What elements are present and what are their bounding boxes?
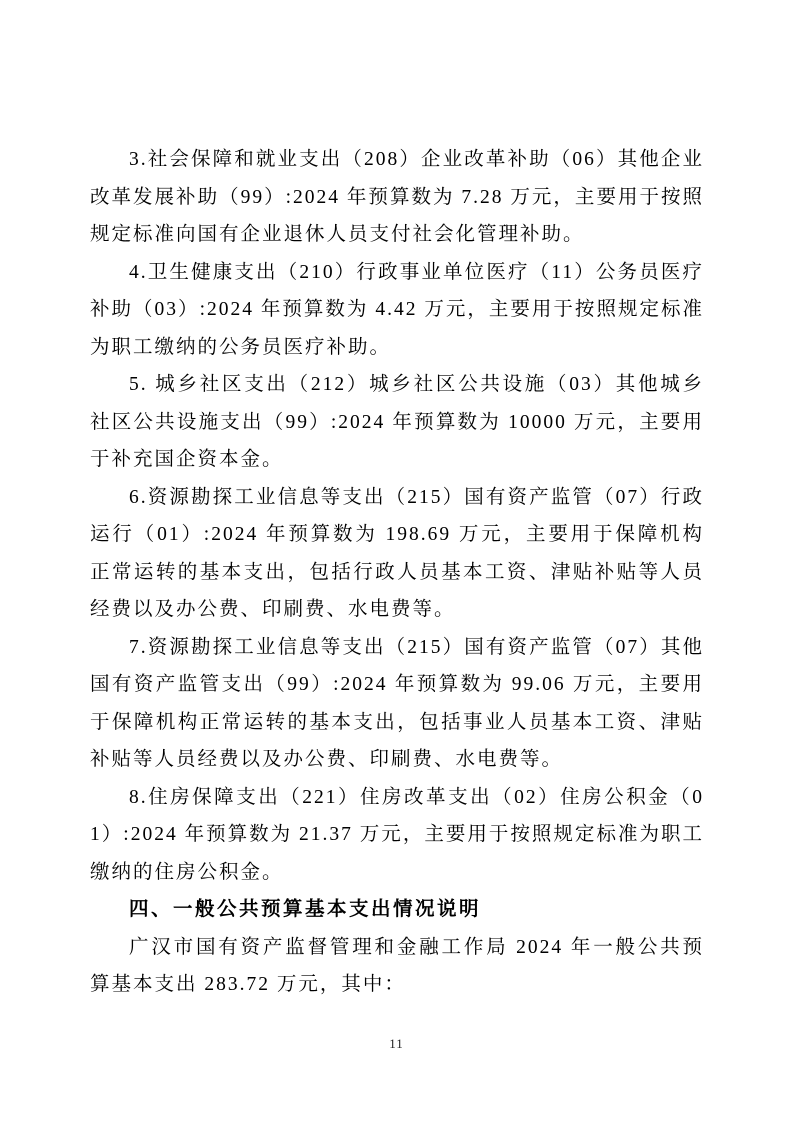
document-page: 3.社会保障和就业支出（208）企业改革补助（06）其他企业改革发展补助（99）… <box>0 0 793 1122</box>
page-number: 11 <box>0 1036 793 1052</box>
document-content: 3.社会保障和就业支出（208）企业改革补助（06）其他企业改革发展补助（99）… <box>90 141 704 1004</box>
paragraph-item-6: 6.资源勘探工业信息等支出（215）国有资产监管（07）行政运行（01）:202… <box>90 479 704 629</box>
paragraph-item-3: 3.社会保障和就业支出（208）企业改革补助（06）其他企业改革发展补助（99）… <box>90 141 704 254</box>
section-heading: 四、一般公共预算基本支出情况说明 <box>90 891 704 929</box>
paragraph-item-4: 4.卫生健康支出（210）行政事业单位医疗（11）公务员医疗补助（03）:202… <box>90 254 704 367</box>
paragraph-item-8: 8.住房保障支出（221）住房改革支出（02）住房公积金（01）:2024 年预… <box>90 779 704 892</box>
paragraph-summary: 广汉市国有资产监督管理和金融工作局 2024 年一般公共预算基本支出 283.7… <box>90 929 704 1004</box>
paragraph-item-5: 5. 城乡社区支出（212）城乡社区公共设施（03）其他城乡社区公共设施支出（9… <box>90 366 704 479</box>
paragraph-item-7: 7.资源勘探工业信息等支出（215）国有资产监管（07）其他国有资产监管支出（9… <box>90 629 704 779</box>
